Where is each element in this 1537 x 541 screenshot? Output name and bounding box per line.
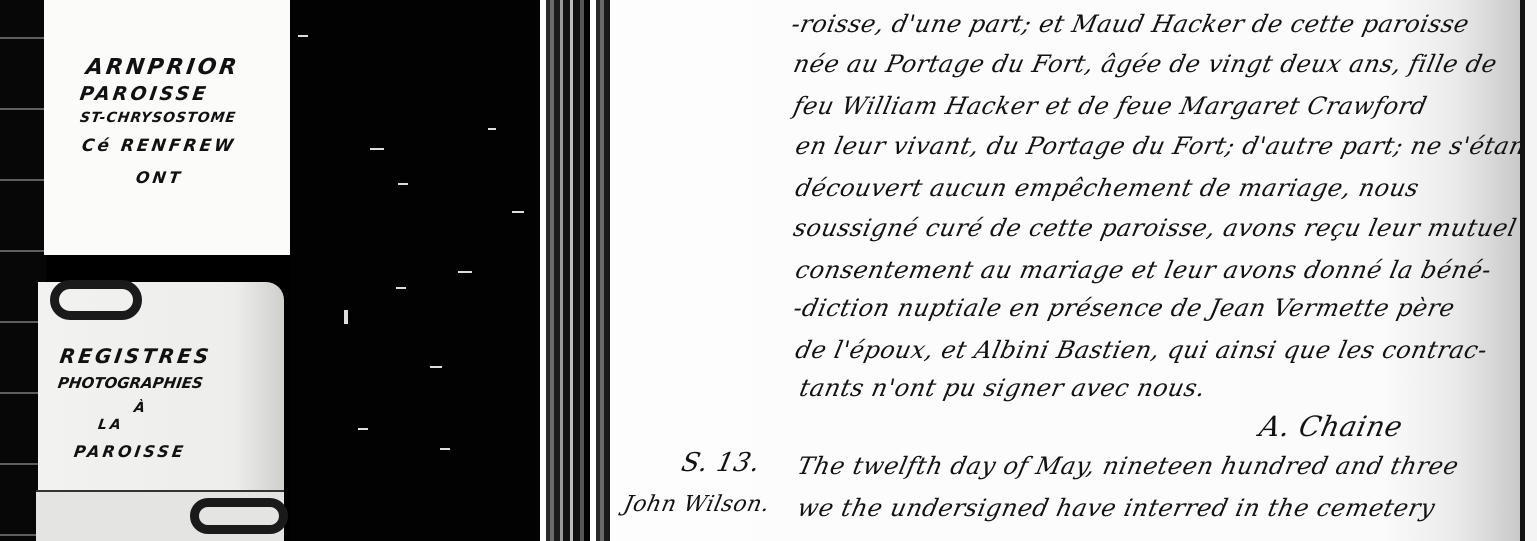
film-speck (396, 287, 406, 289)
label-town: ARNPRIOR (84, 55, 241, 80)
page-margin-right (1525, 0, 1537, 541)
film-speck (358, 428, 368, 430)
register-line-5: découvert aucun empêchement de mariage, … (793, 174, 1422, 202)
register-line-7: consentement au mariage et leur avons do… (793, 256, 1494, 284)
label-county: Cé RENFREW (81, 136, 238, 156)
register-line-1: -roisse, d'une part; et Maud Hacker de c… (789, 10, 1472, 38)
paperclip-icon (190, 498, 288, 534)
film-speck (440, 448, 450, 450)
register-line-2: née au Portage du Fort, âgée de vingt de… (791, 50, 1500, 78)
entry-name: John Wilson. (621, 492, 772, 517)
film-speck (488, 128, 496, 130)
paperclip-icon (50, 280, 142, 320)
register-line-10: tants n'ont pu signer avec nous. (797, 374, 1208, 402)
book-spine-gutter (540, 0, 610, 541)
label-paroisse: PAROISSE (78, 83, 210, 105)
register-line-8: -diction nuptiale en présence de Jean Ve… (791, 294, 1457, 322)
label-paroisse-2: PAROISSE (73, 442, 188, 461)
label-card-parish: ARNPRIOR PAROISSE ST-CHRYSOSTOME Cé RENF… (44, 0, 290, 255)
register-line-3: feu William Hacker et de feue Margaret C… (791, 92, 1430, 120)
register-line-6: soussigné curé de cette paroisse, avons … (791, 214, 1519, 242)
label-photographies: PHOTOGRAPHIES (57, 374, 204, 392)
film-speck (398, 183, 408, 185)
register-page: -roisse, d'une part; et Maud Hacker de c… (610, 0, 1520, 541)
label-parish-name: ST-CHRYSOSTOME (79, 110, 237, 126)
film-speck (458, 271, 472, 273)
entry-number: S. 13. (679, 448, 763, 478)
film-speck (430, 366, 442, 368)
label-a: À (133, 400, 149, 416)
film-speck (298, 35, 308, 37)
entry-line-2: we the undersigned have interred in the … (795, 494, 1438, 522)
film-speck (512, 211, 524, 213)
label-registres: REGISTRES (58, 344, 213, 368)
label-la: LA (97, 417, 125, 433)
label-province: ONT (135, 168, 185, 187)
register-line-4: en leur vivant, du Portage du Fort; d'au… (793, 132, 1537, 160)
priest-signature: A. Chaine (1256, 410, 1405, 443)
dark-background (290, 0, 540, 541)
register-line-9: de l'époux, et Albini Bastien, qui ainsi… (793, 336, 1490, 364)
film-speck (344, 310, 348, 324)
film-speck (370, 148, 384, 150)
entry-line-1: The twelfth day of May, nineteen hundred… (795, 452, 1461, 480)
